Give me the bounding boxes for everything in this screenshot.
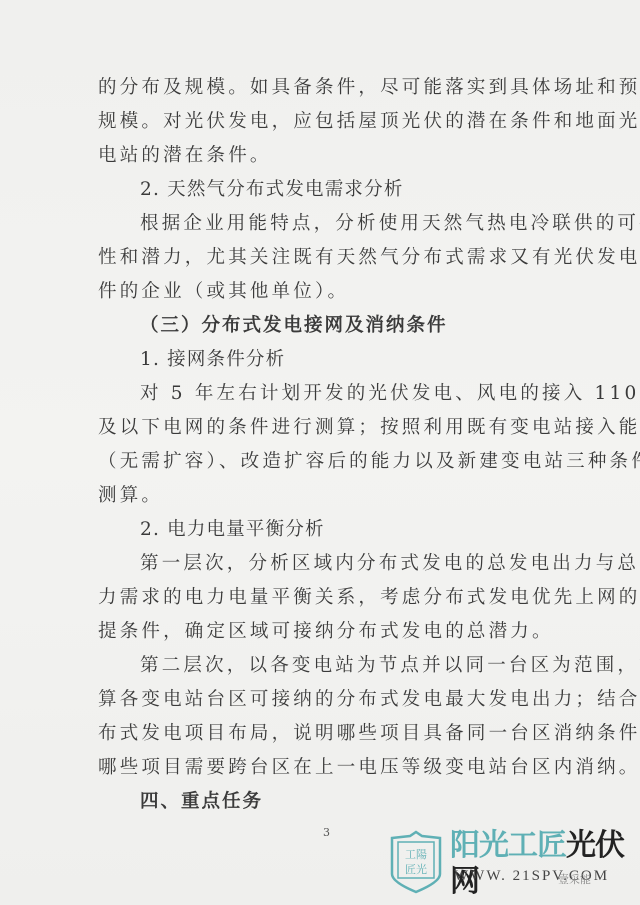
subsection-heading: 2. 电力电量平衡分析 <box>140 519 590 541</box>
section-heading: 四、重点任务 <box>140 791 590 813</box>
svg-text:匠光: 匠光 <box>405 862 427 876</box>
paragraph-line: 第一层次，分析区域内分布式发电的总发电出力与总电 <box>140 553 590 575</box>
paragraph-line: 性和潜力，尤其关注既有天然气分布式需求又有光伏发电条 <box>98 247 548 269</box>
paragraph-line: 电站的潜在条件。 <box>98 145 548 167</box>
subsection-heading: 2. 天然气分布式发电需求分析 <box>140 179 590 201</box>
paragraph-line: 哪些项目需要跨台区在上一电压等级变电站台区内消纳。 <box>98 757 548 779</box>
paragraph-line: 提条件，确定区域可接纳分布式发电的总潜力。 <box>98 621 548 643</box>
paragraph-line: 件的企业（或其他单位）。 <box>98 281 548 303</box>
svg-text:工陽: 工陽 <box>405 848 427 861</box>
paragraph-line: 规模。对光伏发电，应包括屋顶光伏的潜在条件和地面光伏 <box>98 111 548 133</box>
paragraph-line: 第二层次，以各变电站为节点并以同一台区为范围，测 <box>140 655 590 677</box>
section-heading: （三）分布式发电接网及消纳条件 <box>140 315 590 337</box>
watermark-tag: 壹采能 <box>558 871 591 887</box>
paragraph-line: 算各变电站台区可接纳的分布式发电最大发电出力；结合分 <box>98 689 548 711</box>
watermark-logo: 工陽 匠光 阳光工匠光伏网 WWW. 21SPV.COM 壹采能 <box>388 828 638 900</box>
paragraph-line: （无需扩容）、改造扩容后的能力以及新建变电站三种条件 <box>98 451 548 473</box>
watermark-title: 阳光工匠光伏网 <box>450 828 638 900</box>
paragraph-line: 测算。 <box>98 485 548 507</box>
paragraph-line: 及以下电网的条件进行测算；按照利用既有变电站接入能力 <box>98 417 548 439</box>
page-number: 3 <box>323 826 330 839</box>
shield-logo-icon: 工陽 匠光 <box>388 830 444 894</box>
paragraph-line: 的分布及规模。如具备条件，尽可能落实到具体场址和预期 <box>98 77 548 99</box>
subsection-heading: 1. 接网条件分析 <box>140 349 590 371</box>
paragraph-line: 根据企业用能特点，分析使用天然气热电冷联供的可行 <box>140 213 590 235</box>
paragraph-line: 对 5 年左右计划开发的光伏发电、风电的接入 110 千伏 <box>140 383 590 405</box>
document-page: 的分布及规模。如具备条件，尽可能落实到具体场址和预期规模。对光伏发电，应包括屋顶… <box>0 0 640 905</box>
paragraph-line: 布式发电项目布局，说明哪些项目具备同一台区消纳条件， <box>98 723 548 745</box>
paragraph-line: 力需求的电力电量平衡关系，考虑分布式发电优先上网的前 <box>98 587 548 609</box>
